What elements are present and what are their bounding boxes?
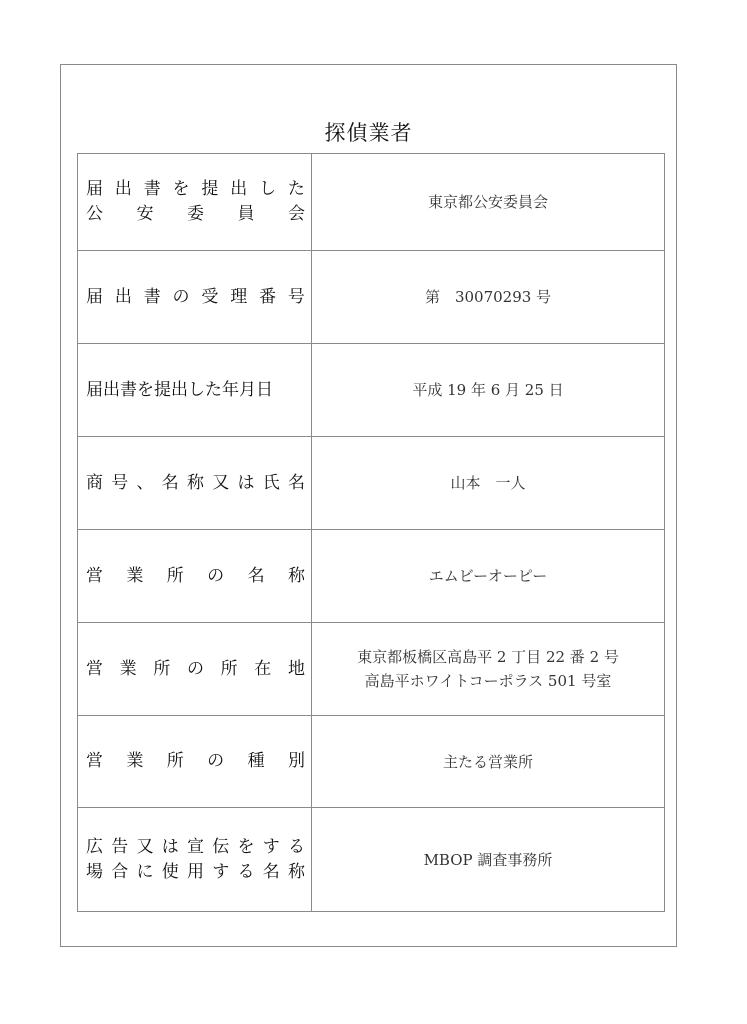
table-row: 営業所の所在地東京都板橋区高島平 2 丁目 22 番 2 号高島平ホワイトコーポ… [78,623,665,716]
field-value: 平成 19 年 6 月 25 日 [312,344,665,437]
field-label-line: 届出書を提出した [86,177,305,202]
field-label-line: 営業所の名称 [86,564,305,589]
field-value: 東京都板橋区高島平 2 丁目 22 番 2 号高島平ホワイトコーポラス 501 … [312,623,665,716]
field-value: 主たる営業所 [312,716,665,808]
field-label-line: 届出書を提出した年月日 [86,378,305,403]
field-value-line: 山本 一人 [312,471,664,495]
table-row: 届出書を提出した公安委員会東京都公安委員会 [78,154,665,251]
field-value-line: 主たる営業所 [312,750,664,774]
field-label: 届出書を提出した公安委員会 [78,154,312,251]
field-label-line: 広告又は宣伝をする [86,835,305,860]
field-label: 営業所の所在地 [78,623,312,716]
field-value-line: 高島平ホワイトコーポラス 501 号室 [312,669,664,693]
field-value-line: エムビーオーピー [312,564,664,588]
field-label-line: 公安委員会 [86,202,305,227]
field-value: 東京都公安委員会 [312,154,665,251]
table-row: 広告又は宣伝をする場合に使用する名称MBOP 調査事務所 [78,808,665,912]
table-row: 商号、名称又は氏名山本 一人 [78,437,665,530]
field-value-line: 東京都板橋区高島平 2 丁目 22 番 2 号 [312,645,664,669]
field-label-line: 営業所の種別 [86,749,305,774]
field-label: 広告又は宣伝をする場合に使用する名称 [78,808,312,912]
field-label: 営業所の名称 [78,530,312,623]
field-label: 営業所の種別 [78,716,312,808]
field-label-line: 商号、名称又は氏名 [86,471,305,496]
field-label-line: 営業所の所在地 [86,657,305,682]
field-value-line: 第 30070293 号 [312,285,664,309]
table-row: 届出書を提出した年月日平成 19 年 6 月 25 日 [78,344,665,437]
field-value: 第 30070293 号 [312,251,665,344]
field-value: エムビーオーピー [312,530,665,623]
field-label-line: 場合に使用する名称 [86,860,305,885]
field-value-line: 東京都公安委員会 [312,190,664,214]
field-value: 山本 一人 [312,437,665,530]
table-row: 営業所の名称エムビーオーピー [78,530,665,623]
field-value: MBOP 調査事務所 [312,808,665,912]
document-title: 探偵業者 [0,117,737,147]
field-label: 商号、名称又は氏名 [78,437,312,530]
table-row: 届出書の受理番号第 30070293 号 [78,251,665,344]
field-label: 届出書の受理番号 [78,251,312,344]
field-label-line: 届出書の受理番号 [86,285,305,310]
field-label: 届出書を提出した年月日 [78,344,312,437]
field-value-line: 平成 19 年 6 月 25 日 [312,378,664,402]
registration-table: 届出書を提出した公安委員会東京都公安委員会届出書の受理番号第 30070293 … [77,153,665,912]
field-value-line: MBOP 調査事務所 [312,848,664,872]
table-row: 営業所の種別主たる営業所 [78,716,665,808]
